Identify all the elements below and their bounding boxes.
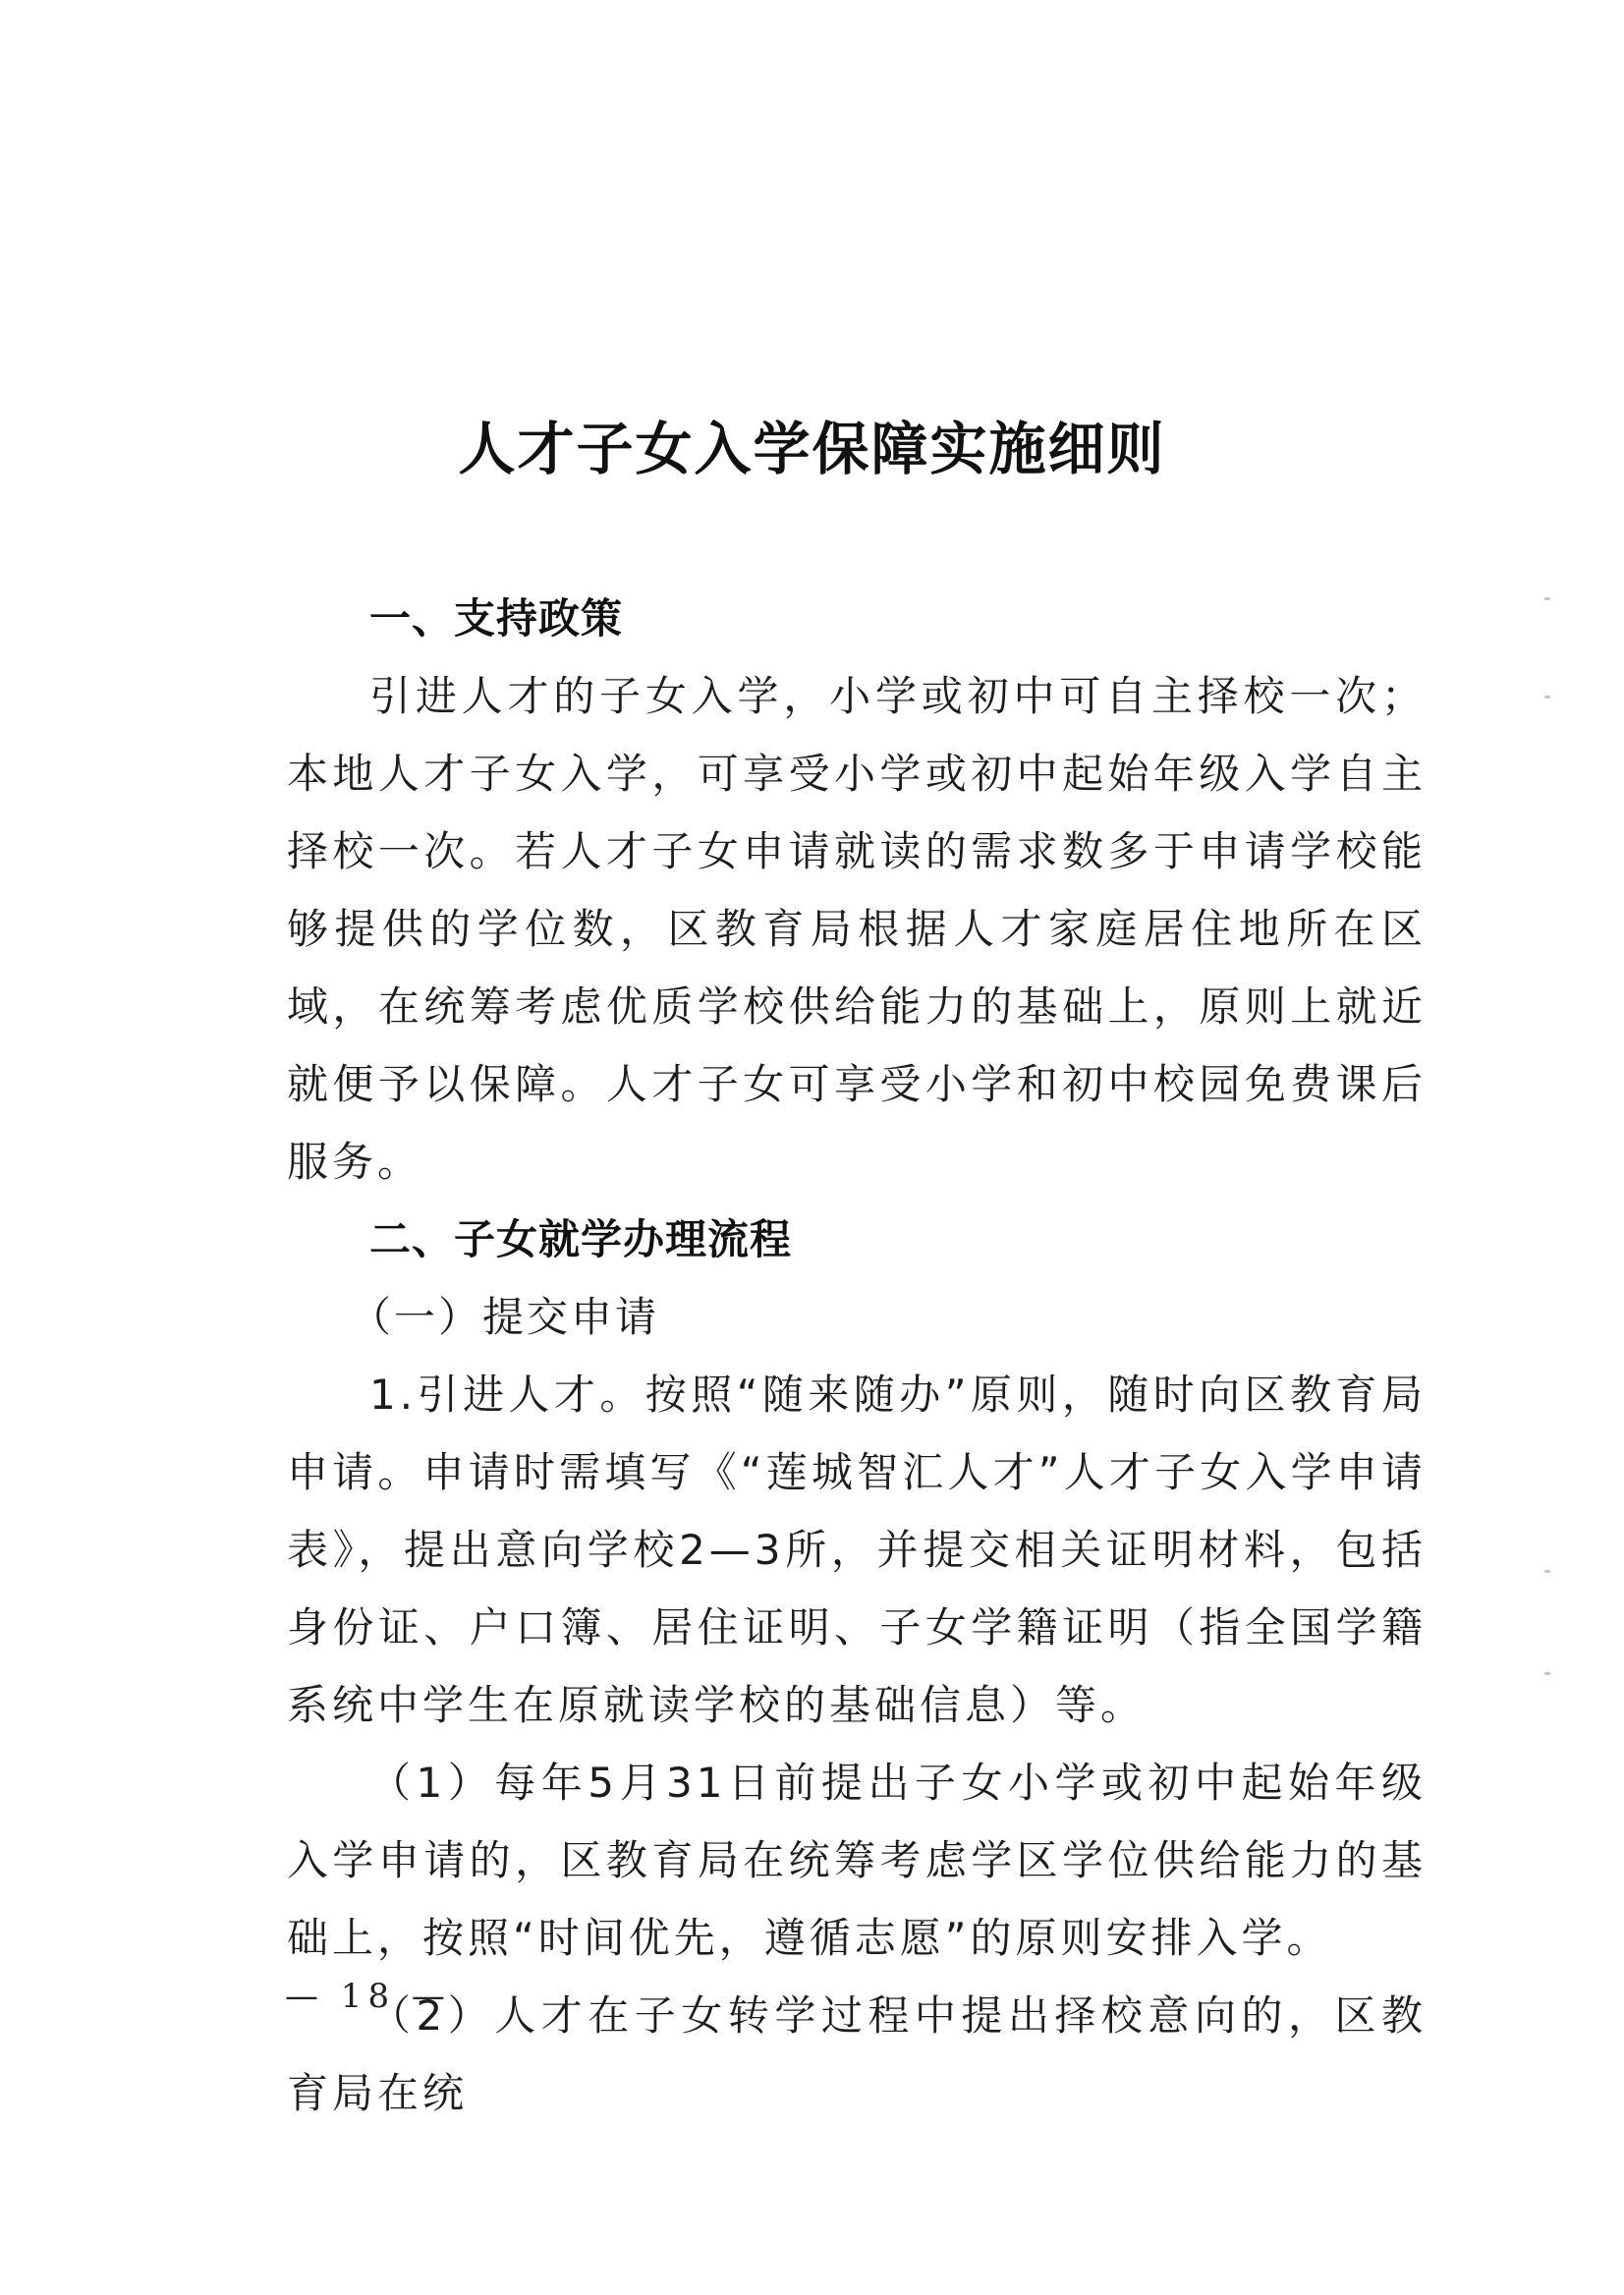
document-page: 人才子女入学保障实施细则 一、支持政策 引进人才的子女入学，小学或初中可自主择校… <box>0 0 1624 2295</box>
subheading-submit-application: （一）提交申请 <box>287 1278 1427 1356</box>
paragraph-introduced-talent: 1.引进人才。按照“随来随办”原则，随时向区教育局申请。申请时需填写《“莲城智汇… <box>287 1356 1427 1744</box>
paragraph-item-2: （2）人才在子女转学过程中提出择校意向的，区教育局在统 <box>287 1977 1427 2132</box>
scan-margin-mark <box>1544 1672 1550 1675</box>
paragraph-item-1: （1）每年5月31日前提出子女小学或初中起始年级入学申请的，区教育局在统筹考虑学… <box>287 1744 1427 1977</box>
section-heading-enrollment-process: 二、子女就学办理流程 <box>287 1201 1427 1278</box>
document-body: 一、支持政策 引进人才的子女入学，小学或初中可自主择校一次；本地人才子女入学，可… <box>287 580 1427 2132</box>
document-title: 人才子女入学保障实施细则 <box>0 403 1624 485</box>
scan-margin-mark <box>1544 696 1550 699</box>
scan-margin-mark <box>1544 1570 1550 1573</box>
section-heading-support-policy: 一、支持政策 <box>287 580 1427 657</box>
scan-margin-mark <box>1544 597 1550 600</box>
paragraph-support-policy: 引进人才的子女入学，小学或初中可自主择校一次；本地人才子女入学，可享受小学或初中… <box>287 657 1427 1201</box>
page-number: — 18 — <box>285 1977 451 2016</box>
